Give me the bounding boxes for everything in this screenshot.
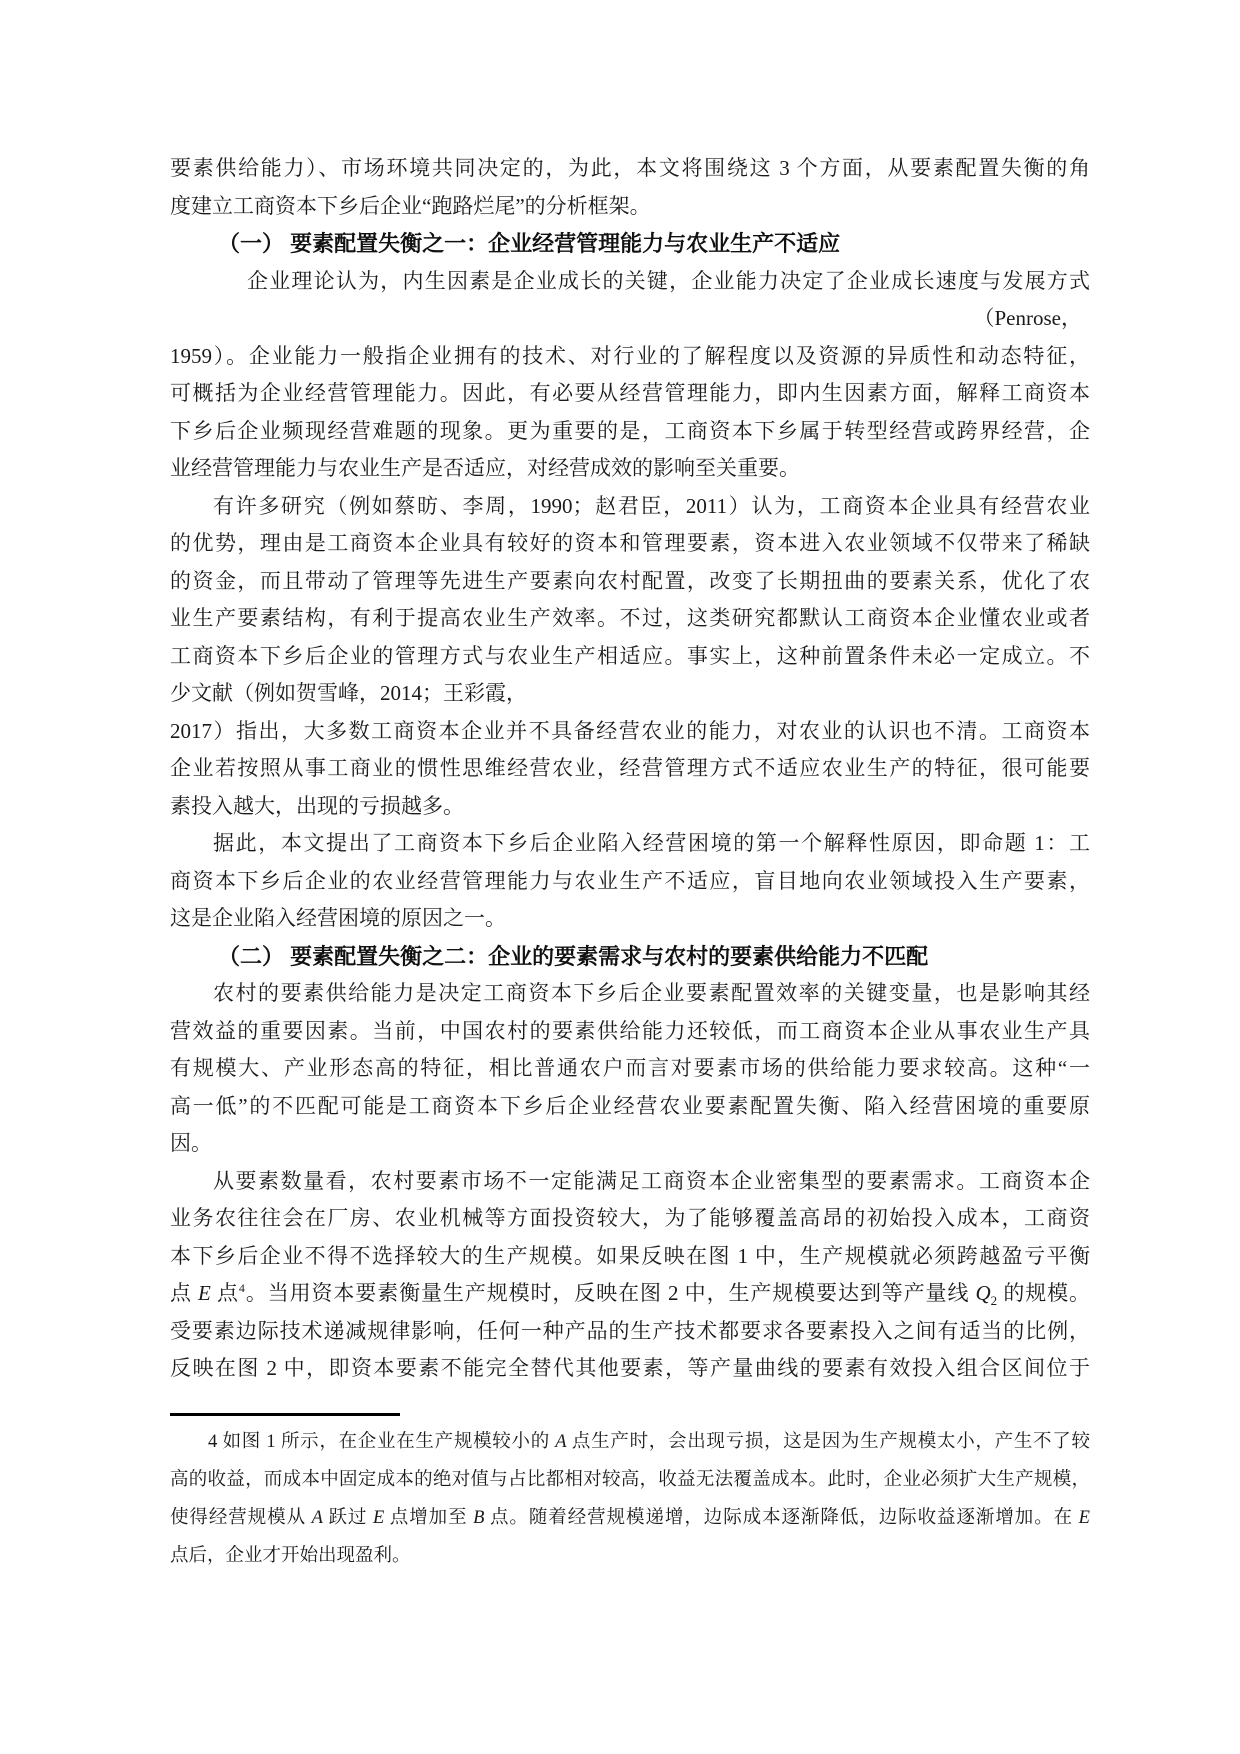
math-var-E: E: [198, 1281, 211, 1305]
section-heading-two: （二） 要素配置失衡之二：企业的要素需求与农村的要素供给能力不匹配: [170, 938, 1090, 976]
body-text-line: 有许多研究（例如蔡昉、李周，1990；赵君臣，2011）认为，工商资本企业具有经…: [170, 488, 1090, 526]
text-segment: 点增加至: [384, 1508, 473, 1528]
math-var-E: E: [1079, 1508, 1090, 1528]
math-var-A: A: [555, 1432, 566, 1452]
body-text-line-penrose: （Penrose，: [170, 300, 1090, 338]
math-var-E: E: [373, 1508, 384, 1528]
section-heading-one: （一） 要素配置失衡之一：企业经营管理能力与农业生产不适应: [170, 225, 1090, 263]
footnote-separator: [170, 1413, 400, 1416]
body-text-line: 本下乡后企业不得不选择较大的生产规模。如果反映在图 1 中，生产规模就必须跨越盈…: [170, 1238, 1090, 1276]
body-text-line: 商资本下乡后企业的农业经营管理能力与农业生产不适应，盲目地向农业领域投入生产要素…: [170, 863, 1090, 901]
text-segment: 跃过: [323, 1508, 373, 1528]
text-segment: 点: [170, 1281, 198, 1305]
body-text-line: 这是企业陷入经营困境的原因之一。: [170, 900, 1090, 938]
text-segment: 使得经营规模从: [170, 1508, 312, 1528]
body-text-line: 营效益的重要因素。当前，中国农村的要素供给能力还较低，而工商资本企业从事农业生产…: [170, 1013, 1090, 1051]
math-var-B: B: [473, 1508, 484, 1528]
body-text-line: 下乡后企业频现经营难题的现象。更为重要的是，工商资本下乡属于转型经营或跨界经营，…: [170, 413, 1090, 451]
body-text-line: 有规模大、产业形态高的特征，相比普通农户而言对要素市场的供给能力要求较高。这种“…: [170, 1050, 1090, 1088]
body-text-line: 的资金，而且带动了管理等先进生产要素向农村配置，改变了长期扭曲的要素关系，优化了…: [170, 563, 1090, 601]
math-var-Q: Q: [976, 1281, 991, 1305]
body-text-line: 据此，本文提出了工商资本下乡后企业陷入经营困境的第一个解释性原因，即命题 1：工: [170, 825, 1090, 863]
footnote-text-line: 使得经营规模从 A 跃过 E 点增加至 B 点。随着经营规模递增，边际成本逐渐降…: [170, 1499, 1090, 1537]
footnote-block: 4 如图 1 所示，在企业在生产规模较小的 A 点生产时，会出现亏损，这是因为生…: [170, 1423, 1090, 1575]
body-text-line: 可概括为企业经营管理能力。因此，有必要从经营管理能力，即内生因素方面，解释工商资…: [170, 375, 1090, 413]
body-text-line: 企业理论认为，内生因素是企业成长的关键，企业能力决定了企业成长速度与发展方式: [170, 263, 1090, 301]
body-text-line: 业生产要素结构，有利于提高农业生产效率。不过，这类研究都默认工商资本企业懂农业或…: [170, 600, 1090, 638]
text-segment: 。当用资本要素衡量生产规模时，反映在图 2 中，生产规模要达到等产量线: [245, 1281, 976, 1305]
body-text-line: 素投入越大，出现的亏损越多。: [170, 788, 1090, 826]
text-segment: 点生产时，会出现亏损，这是因为生产规模太小，产生不了较: [567, 1432, 1090, 1452]
body-text-line: 2017）指出，大多数工商资本企业并不具备经营农业的能力，对农业的认识也不清。工…: [170, 713, 1090, 751]
body-text-line: 工商资本下乡后企业的管理方式与农业生产相适应。事实上，这种前置条件未必一定成立。…: [170, 638, 1090, 676]
document-page: 要素供给能力）、市场环境共同决定的，为此，本文将围绕这 3 个方面，从要素配置失…: [0, 0, 1240, 1754]
body-text-line: 业务农往往会在厂房、农业机械等方面投资较大，为了能够覆盖高昂的初始投入成本，工商…: [170, 1200, 1090, 1238]
body-text-line: 少文献（例如贺雪峰，2014；王彩霞，: [170, 675, 1090, 713]
body-text-line: 企业若按照从事工商业的惯性思维经营农业，经营管理方式不适应农业生产的特征，很可能…: [170, 750, 1090, 788]
body-text-line-with-math: 点 E 点4。当用资本要素衡量生产规模时，反映在图 2 中，生产规模要达到等产量…: [170, 1275, 1090, 1313]
body-text-line: 受要素边际技术递减规律影响，任何一种产品的生产技术都要求各要素投入之间有适当的比…: [170, 1313, 1090, 1351]
body-text-line: 的优势，理由是工商资本企业具有较好的资本和管理要素，资本进入农业领域不仅带来了稀…: [170, 525, 1090, 563]
body-text-line: 从要素数量看，农村要素市场不一定能满足工商资本企业密集型的要素需求。工商资本企: [170, 1163, 1090, 1201]
footnote-text-line: 点后，企业才开始出现盈利。: [170, 1537, 1090, 1575]
text-segment: 4 如图 1 所示，在企业在生产规模较小的: [208, 1432, 555, 1452]
math-var-A: A: [312, 1508, 323, 1528]
footnote-text-line: 高的收益，而成本中固定成本的绝对值与占比都相对较高，收益无法覆盖成本。此时，企业…: [170, 1461, 1090, 1499]
body-text-line: 1959）。企业能力一般指企业拥有的技术、对行业的了解程度以及资源的异质性和动态…: [170, 338, 1090, 376]
text-segment: 点: [211, 1281, 239, 1305]
body-text-line: 高一低”的不匹配可能是工商资本下乡后企业经营农业要素配置失衡、陷入经营困境的重要…: [170, 1088, 1090, 1126]
body-text-line: 业经营管理能力与农业生产是否适应，对经营成效的影响至关重要。: [170, 450, 1090, 488]
body-text-line: 度建立工商资本下乡后企业“跑路烂尾”的分析框架。: [170, 188, 1090, 226]
body-text-line: 农村的要素供给能力是决定工商资本下乡后企业要素配置效率的关键变量，也是影响其经: [170, 975, 1090, 1013]
text-segment: 的规模。: [997, 1281, 1090, 1305]
body-text-line: 因。: [170, 1125, 1090, 1163]
body-text-line: 要素供给能力）、市场环境共同决定的，为此，本文将围绕这 3 个方面，从要素配置失…: [170, 150, 1090, 188]
text-segment: 点。随着经营规模递增，边际成本逐渐降低，边际收益逐渐增加。在: [484, 1508, 1078, 1528]
text-body: 要素供给能力）、市场环境共同决定的，为此，本文将围绕这 3 个方面，从要素配置失…: [170, 150, 1090, 1575]
body-text-line: 反映在图 2 中，即资本要素不能完全替代其他要素，等产量曲线的要素有效投入组合区…: [170, 1350, 1090, 1388]
footnote-text-line: 4 如图 1 所示，在企业在生产规模较小的 A 点生产时，会出现亏损，这是因为生…: [170, 1423, 1090, 1461]
